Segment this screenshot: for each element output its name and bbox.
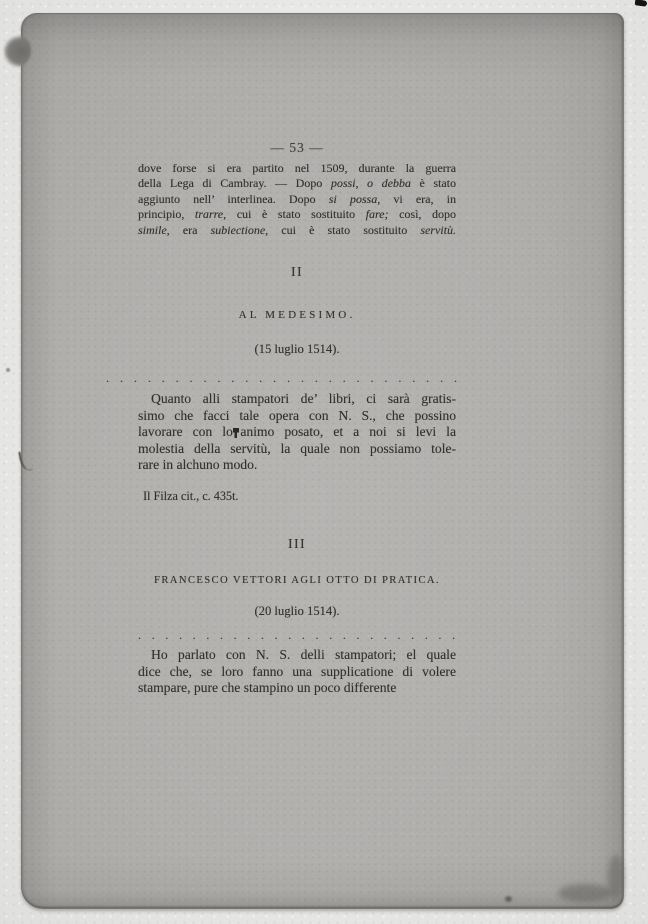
text-segment: Ho parlato con N. S. delli stampatori; e… bbox=[151, 647, 456, 662]
letter-iii-body: Ho parlato con N. S. delli stampatori; e… bbox=[138, 647, 456, 697]
corner-speck bbox=[635, 0, 648, 7]
source-note: Il Filza cit., c. 435t. bbox=[143, 489, 238, 504]
body-line: molestia della servitù, la quale non pos… bbox=[138, 441, 456, 458]
text-segment: della Lega di Cambray. — Dopo bbox=[138, 176, 331, 190]
bottom-edge-smudge bbox=[558, 884, 612, 902]
background-speck bbox=[6, 368, 10, 372]
italic-term: servitù. bbox=[420, 223, 456, 237]
page-number: — 53 — bbox=[138, 140, 456, 156]
text-segment: , cui è stato sostituito bbox=[265, 223, 420, 237]
text-segment: principio, bbox=[138, 207, 195, 221]
section-iii-numeral: III bbox=[138, 536, 456, 552]
text-segment: animo posato, et a noi si levi la bbox=[240, 424, 456, 439]
body-line: Quanto alli stampatori de’ libri, ci sar… bbox=[138, 391, 456, 408]
text-segment: dove forse si era partito nel 1509, dura… bbox=[138, 161, 456, 175]
note-line: simile, era subiectione, cui è stato sos… bbox=[138, 223, 456, 238]
text-segment: aggiunto nell’ interlinea. Dopo bbox=[138, 192, 329, 206]
text-segment: , vi era, in bbox=[377, 192, 456, 206]
italic-term: subiectione bbox=[211, 223, 266, 237]
italic-term: simile bbox=[138, 223, 167, 237]
note-line: principio, trarre, cui è stato sostituit… bbox=[138, 207, 456, 222]
note-line: aggiunto nell’ interlinea. Dopo si possa… bbox=[138, 192, 456, 207]
body-line: stampare, pure che stampino un poco diff… bbox=[138, 680, 456, 697]
note-line: della Lega di Cambray. — Dopo possi, o d… bbox=[138, 176, 456, 191]
section-ii-recipient-heading: AL MEDESIMO. bbox=[138, 309, 456, 321]
text-segment: simo che facci tale opera con N. S., che… bbox=[138, 408, 456, 423]
section-iii-date: (20 luglio 1514). bbox=[138, 604, 456, 619]
photo-background: — 53 — dove forse si era partito nel 150… bbox=[0, 0, 648, 924]
section-iii-recipient-heading: FRANCESCO VETTORI AGLI OTTO DI PRATICA. bbox=[138, 575, 456, 586]
letter-ii-body: Quanto alli stampatori de’ libri, ci sar… bbox=[138, 391, 456, 474]
text-segment: rare in alchuno modo. bbox=[138, 457, 257, 472]
text-segment: molestia della servitù, la quale non pos… bbox=[138, 441, 456, 456]
ink-blot bbox=[233, 428, 239, 438]
ellipsis-row: . . . . . . . . . . . . . . . . . . . . … bbox=[106, 371, 458, 385]
italic-term: possi, o debba bbox=[331, 176, 411, 190]
italic-term: fare; bbox=[366, 207, 389, 221]
text-segment: , era bbox=[167, 223, 211, 237]
text-segment: è stato bbox=[411, 176, 456, 190]
body-line: dice che, se loro fanno una supplication… bbox=[138, 664, 456, 681]
bottom-edge-smudge bbox=[505, 896, 512, 902]
text-segment: stampare, pure che stampino un poco diff… bbox=[138, 680, 396, 695]
body-line: simo che facci tale opera con N. S., che… bbox=[138, 408, 456, 425]
book-page: — 53 — dove forse si era partito nel 150… bbox=[21, 13, 624, 909]
right-edge-smudge bbox=[608, 855, 624, 899]
editorial-note: dove forse si era partito nel 1509, dura… bbox=[138, 161, 456, 238]
text-segment: Quanto alli stampatori de’ libri, ci sar… bbox=[151, 391, 456, 406]
section-ii-date: (15 luglio 1514). bbox=[138, 342, 456, 357]
ellipsis-row: . . . . . . . . . . . . . . . . . . . . … bbox=[138, 628, 456, 642]
body-line: Ho parlato con N. S. delli stampatori; e… bbox=[138, 647, 456, 664]
italic-term: si possa bbox=[329, 192, 378, 206]
text-segment: lavorare con lo bbox=[138, 424, 233, 439]
text-segment: , cui è stato sostituito bbox=[223, 207, 366, 221]
italic-term: trarre bbox=[195, 207, 223, 221]
text-segment: così, dopo bbox=[389, 207, 456, 221]
section-ii-numeral: II bbox=[138, 264, 456, 280]
body-line: rare in alchuno modo. bbox=[138, 457, 456, 474]
note-line: dove forse si era partito nel 1509, dura… bbox=[138, 161, 456, 176]
text-segment: dice che, se loro fanno una supplication… bbox=[138, 664, 456, 679]
body-line: lavorare con loanimo posato, et a noi si… bbox=[138, 424, 456, 441]
